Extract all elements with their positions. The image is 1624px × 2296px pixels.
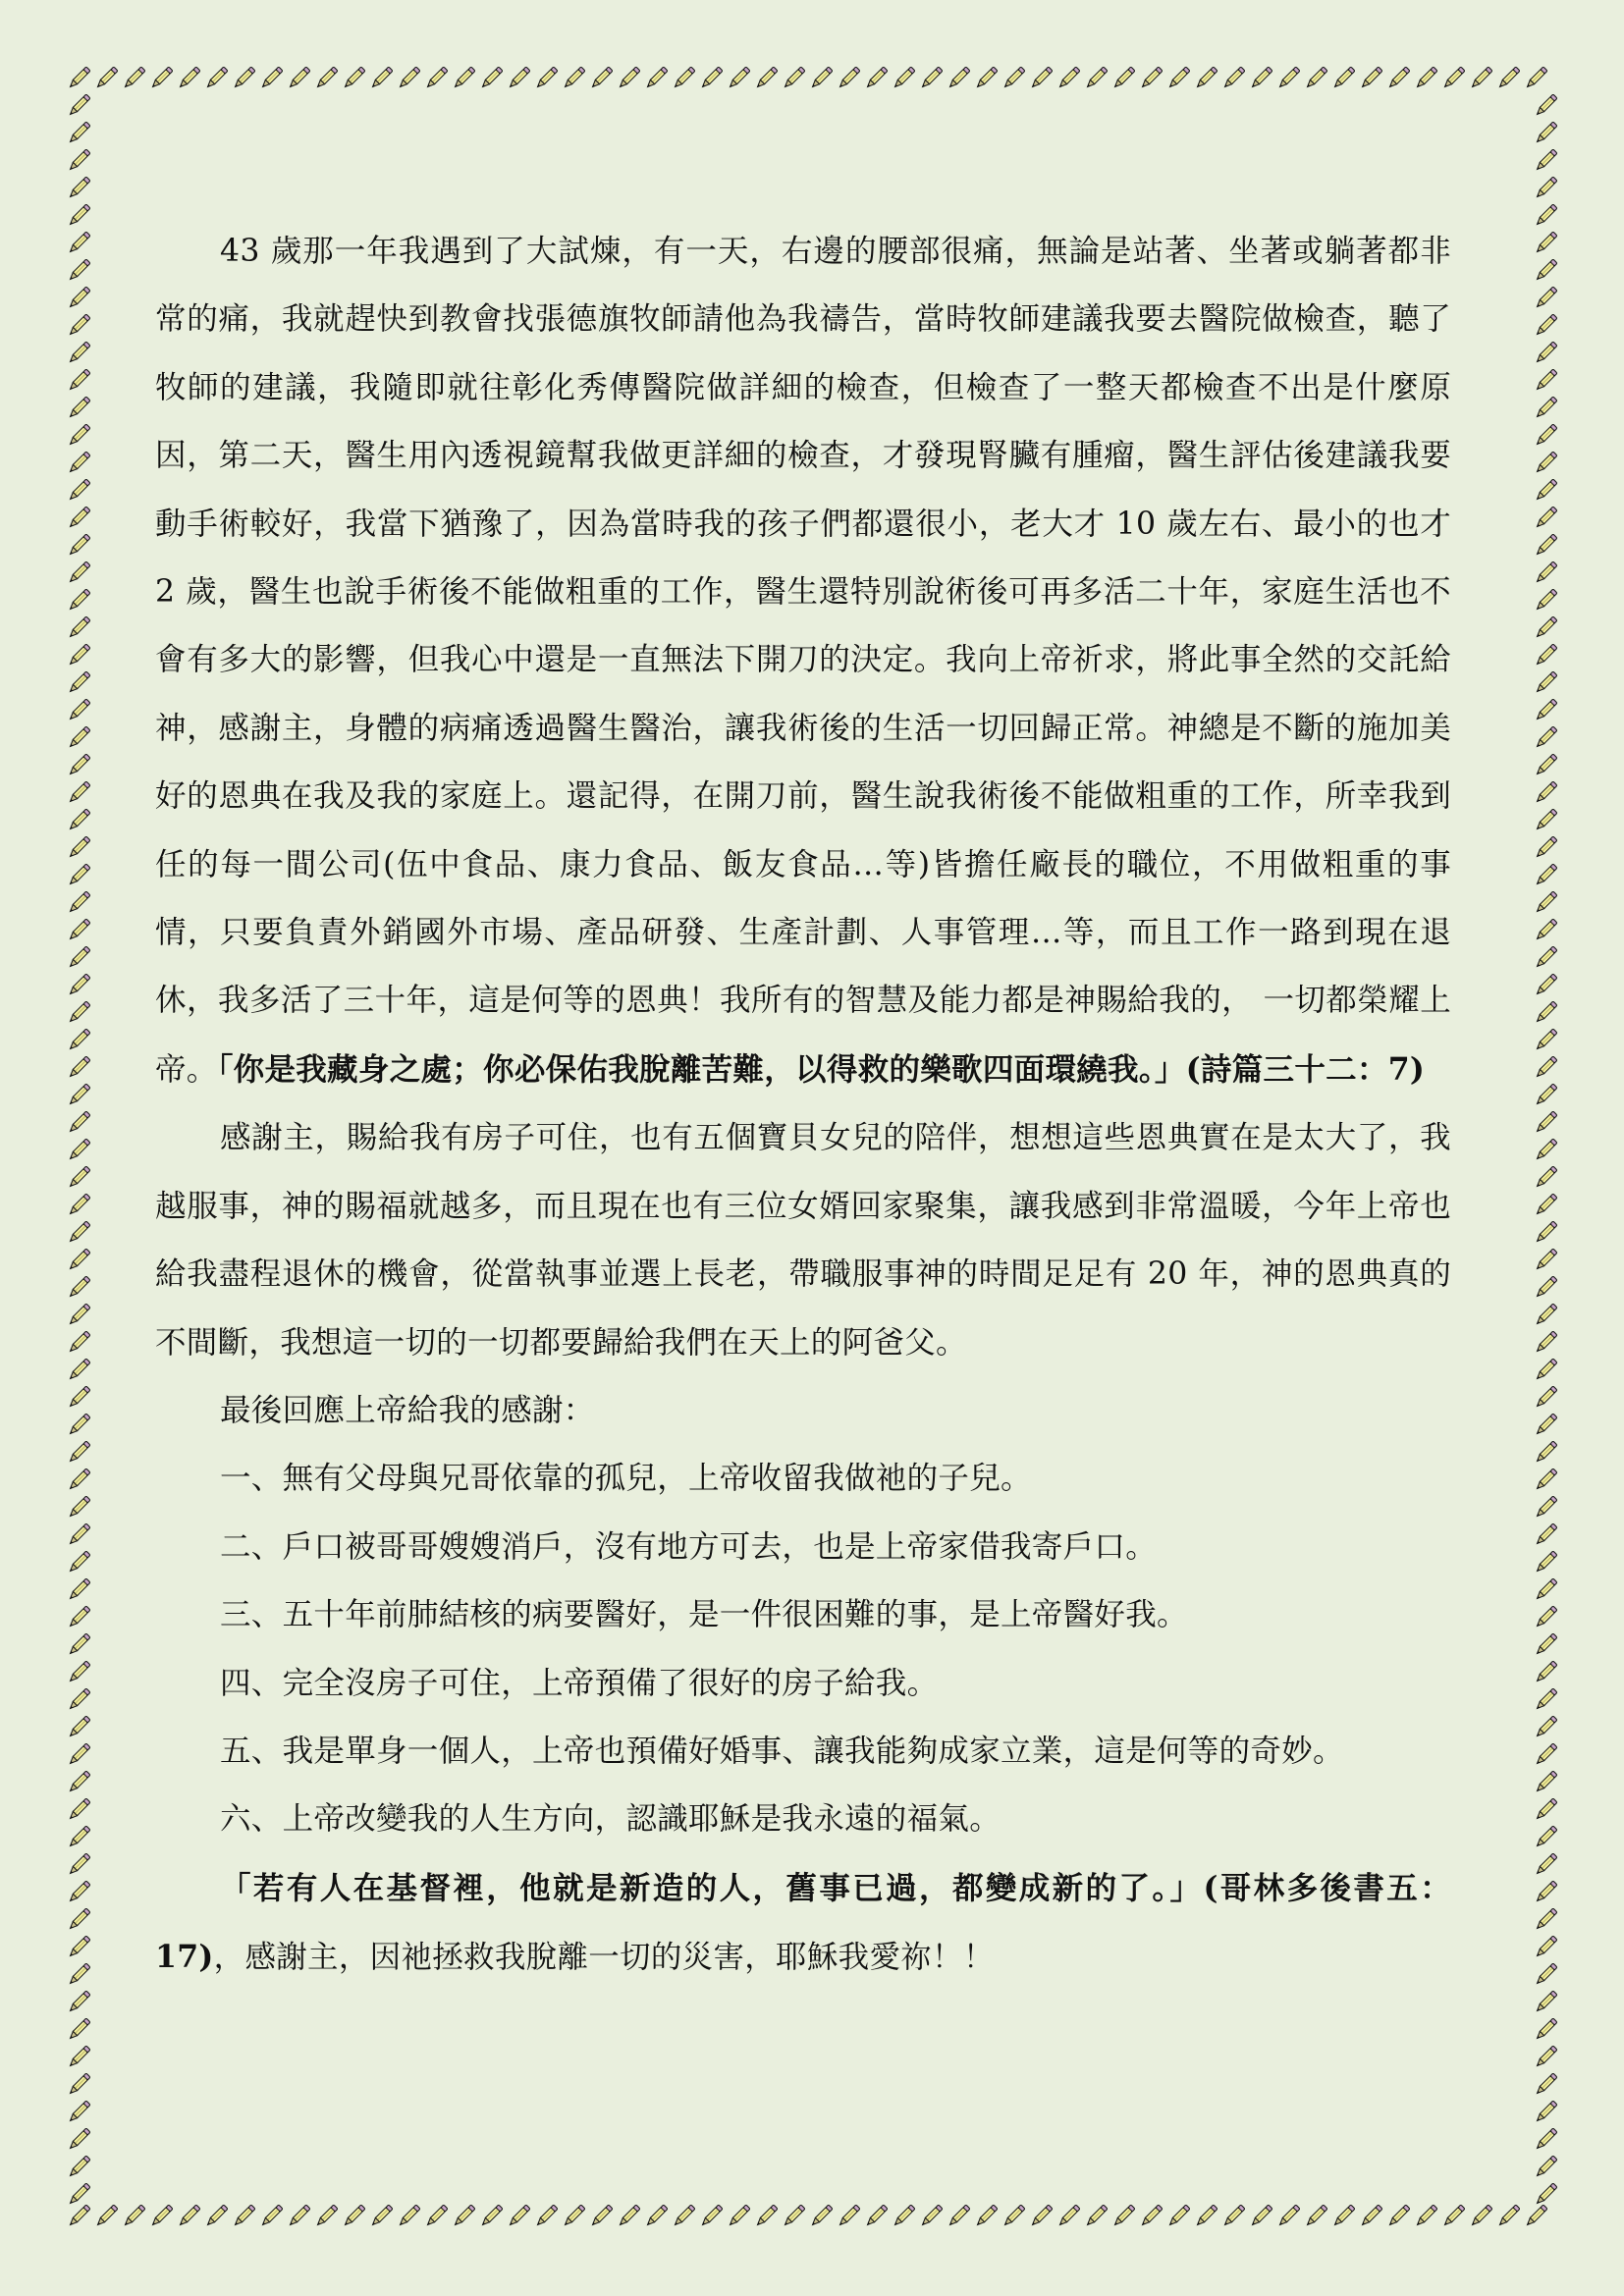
pencil-icon bbox=[422, 65, 450, 92]
pencil-icon bbox=[1532, 1357, 1559, 1384]
pencil-icon bbox=[1532, 505, 1559, 532]
pencil-icon bbox=[1532, 1631, 1559, 1659]
pencil-icon bbox=[1532, 1604, 1559, 1631]
pencil-icon bbox=[65, 1027, 92, 1054]
pencil-icon bbox=[65, 92, 92, 120]
pencil-icon bbox=[1532, 1082, 1559, 1109]
pencil-icon bbox=[120, 65, 147, 92]
pencil-icon bbox=[945, 2203, 972, 2230]
pencil-icon bbox=[890, 2203, 917, 2230]
paragraph-testimony: 43 歲那一年我遇到了大試煉，有一天，右邊的腰部很痛，無論是站著、坐著或躺著都非… bbox=[155, 218, 1451, 1104]
pencil-icon bbox=[65, 2181, 92, 2209]
pencil-icon bbox=[1000, 2203, 1027, 2230]
pencil-icon bbox=[1532, 1961, 1559, 1989]
pencil-icon bbox=[1494, 2203, 1522, 2230]
pencil-icon bbox=[65, 1549, 92, 1576]
pencil-icon bbox=[1329, 65, 1357, 92]
pencil-icon bbox=[65, 2154, 92, 2181]
thanks-item-3: 三、五十年前肺結核的病要醫好，是一件很困難的事，是上帝醫好我。 bbox=[155, 1581, 1451, 1649]
pencil-icon bbox=[1532, 1302, 1559, 1329]
pencil-icon bbox=[1439, 65, 1467, 92]
pencil-icon bbox=[1532, 395, 1559, 422]
pencil-icon bbox=[65, 889, 92, 917]
pencil-icon bbox=[422, 2203, 450, 2230]
pencil-icon bbox=[697, 65, 725, 92]
pencil-icon bbox=[1532, 834, 1559, 862]
pencil-icon bbox=[65, 1164, 92, 1192]
pencil-icon bbox=[1532, 2099, 1559, 2126]
pencil-icon bbox=[1532, 285, 1559, 312]
pencil-icon bbox=[1532, 1467, 1559, 1494]
pencil-icon bbox=[65, 1274, 92, 1302]
pencil-icon bbox=[1522, 65, 1549, 92]
pencil-icon bbox=[65, 807, 92, 834]
pencil-icon bbox=[1532, 889, 1559, 917]
pencil-icon bbox=[1532, 532, 1559, 560]
pencil-icon bbox=[65, 2126, 92, 2154]
pencil-icon bbox=[65, 1109, 92, 1137]
pencil-icon bbox=[1384, 2203, 1412, 2230]
pencil-icon bbox=[1532, 450, 1559, 477]
pencil-icon bbox=[65, 779, 92, 807]
pencil-icon bbox=[807, 65, 835, 92]
pencil-icon bbox=[147, 2203, 175, 2230]
pencil-icon bbox=[642, 2203, 670, 2230]
pencil-icon bbox=[1532, 560, 1559, 587]
pencil-icon bbox=[1082, 65, 1110, 92]
pencil-icon bbox=[725, 65, 752, 92]
pencil-icon bbox=[780, 65, 807, 92]
pencil-icon bbox=[65, 395, 92, 422]
pencil-icon bbox=[65, 257, 92, 285]
pencil-icon bbox=[1000, 65, 1027, 92]
pencil-icon bbox=[257, 2203, 285, 2230]
pencil-icon bbox=[65, 120, 92, 147]
pencil-icon bbox=[65, 587, 92, 614]
pencil-icon bbox=[65, 147, 92, 175]
pencil-icon bbox=[395, 65, 422, 92]
pencil-icon bbox=[65, 367, 92, 395]
pencil-icon bbox=[65, 1824, 92, 1851]
pencil-icon bbox=[65, 1796, 92, 1824]
pencil-icon bbox=[65, 1961, 92, 1989]
pencil-icon bbox=[532, 2203, 560, 2230]
pencil-icon bbox=[1532, 1219, 1559, 1247]
pencil-icon bbox=[1467, 65, 1494, 92]
pencil-icon bbox=[202, 65, 230, 92]
pencil-icon bbox=[65, 1522, 92, 1549]
pencil-icon bbox=[1532, 862, 1559, 889]
pencil-icon bbox=[65, 477, 92, 505]
pencil-icon bbox=[257, 65, 285, 92]
border-right bbox=[1532, 92, 1559, 2209]
closing-text: ，感謝主，因祂拯救我脫離一切的災害，耶穌我愛祢！！ bbox=[214, 1940, 995, 1975]
pencil-icon bbox=[65, 1219, 92, 1247]
pencil-icon bbox=[1532, 807, 1559, 834]
pencil-icon bbox=[1532, 1686, 1559, 1714]
pencil-icon bbox=[65, 1851, 92, 1879]
pencil-icon bbox=[1532, 1906, 1559, 1934]
pencil-icon bbox=[1532, 1109, 1559, 1137]
document-body: 43 歲那一年我遇到了大試煉，有一天，右邊的腰部很痛，無論是站著、坐著或躺著都非… bbox=[155, 218, 1451, 1993]
thanks-heading: 最後回應上帝給我的感謝： bbox=[155, 1377, 1451, 1445]
pencil-icon bbox=[1137, 2203, 1164, 2230]
pencil-icon bbox=[65, 1769, 92, 1796]
pencil-icon bbox=[587, 65, 615, 92]
pencil-icon bbox=[560, 65, 587, 92]
pencil-icon bbox=[1329, 2203, 1357, 2230]
pencil-icon bbox=[1532, 312, 1559, 340]
pencil-icon bbox=[670, 65, 697, 92]
pencil-icon bbox=[1532, 1192, 1559, 1219]
pencil-icon bbox=[725, 2203, 752, 2230]
pencil-icon bbox=[65, 1576, 92, 1604]
pencil-icon bbox=[65, 312, 92, 340]
pencil-icon bbox=[147, 65, 175, 92]
pencil-icon bbox=[1532, 1439, 1559, 1467]
pencil-icon bbox=[1532, 1137, 1559, 1164]
pencil-icon bbox=[1082, 2203, 1110, 2230]
border-top bbox=[65, 65, 1549, 92]
pencil-icon bbox=[1532, 92, 1559, 120]
pencil-icon bbox=[1532, 340, 1559, 367]
pencil-icon bbox=[752, 65, 780, 92]
paragraph-closing: 「若有人在基督裡，他就是新造的人，舊事已過，都變成新的了。」(哥林多後書五：17… bbox=[155, 1854, 1451, 1993]
pencil-icon bbox=[1532, 917, 1559, 944]
pencil-icon bbox=[780, 2203, 807, 2230]
pencil-icon bbox=[1532, 230, 1559, 257]
pencil-icon bbox=[945, 65, 972, 92]
pencil-icon bbox=[1192, 2203, 1219, 2230]
pencil-icon bbox=[1532, 1027, 1559, 1054]
pencil-icon bbox=[1532, 1522, 1559, 1549]
pencil-icon bbox=[477, 2203, 505, 2230]
pencil-icon bbox=[917, 2203, 945, 2230]
pencil-icon bbox=[65, 1934, 92, 1961]
pencil-icon bbox=[65, 1741, 92, 1769]
pencil-icon bbox=[477, 65, 505, 92]
pencil-icon bbox=[65, 505, 92, 532]
pencil-icon bbox=[1532, 1851, 1559, 1879]
pencil-icon bbox=[1532, 1714, 1559, 1741]
pencil-icon bbox=[1247, 2203, 1274, 2230]
pencil-icon bbox=[65, 1439, 92, 1467]
pencil-icon bbox=[1532, 1384, 1559, 1412]
border-bottom bbox=[65, 2203, 1549, 2230]
pencil-icon bbox=[890, 65, 917, 92]
pencil-icon bbox=[1532, 2016, 1559, 2044]
pencil-icon bbox=[1027, 2203, 1055, 2230]
pencil-icon bbox=[1532, 1412, 1559, 1439]
pencil-icon bbox=[1532, 972, 1559, 999]
pencil-icon bbox=[312, 65, 340, 92]
pencil-icon bbox=[65, 1137, 92, 1164]
paragraph-text: 43 歲那一年我遇到了大試煉，有一天，右邊的腰部很痛，無論是站著、坐著或躺著都非… bbox=[155, 234, 1451, 1088]
pencil-icon bbox=[1532, 944, 1559, 972]
pencil-icon bbox=[65, 1659, 92, 1686]
pencil-icon bbox=[1412, 2203, 1439, 2230]
pencil-icon bbox=[450, 65, 477, 92]
pencil-icon bbox=[1439, 2203, 1467, 2230]
pencil-icon bbox=[65, 1686, 92, 1714]
pencil-icon bbox=[1532, 120, 1559, 147]
pencil-icon bbox=[65, 1302, 92, 1329]
pencil-icon bbox=[1532, 477, 1559, 505]
pencil-icon bbox=[1532, 1989, 1559, 2016]
pencil-icon bbox=[697, 2203, 725, 2230]
pencil-icon bbox=[65, 697, 92, 724]
pencil-icon bbox=[1532, 779, 1559, 807]
pencil-icon bbox=[972, 2203, 1000, 2230]
pencil-icon bbox=[1532, 1769, 1559, 1796]
pencil-icon bbox=[65, 944, 92, 972]
pencil-icon bbox=[1357, 65, 1384, 92]
paragraph-gratitude: 感謝主，賜給我有房子可住，也有五個寶貝女兒的陪伴，想想這些恩典實在是太大了，我越… bbox=[155, 1104, 1451, 1377]
pencil-icon bbox=[1532, 1274, 1559, 1302]
pencil-icon bbox=[1027, 65, 1055, 92]
pencil-icon bbox=[65, 1879, 92, 1906]
thanks-item-4: 四、完全沒房子可住，上帝預備了很好的房子給我。 bbox=[155, 1650, 1451, 1718]
pencil-icon bbox=[1164, 65, 1192, 92]
pencil-icon bbox=[1164, 2203, 1192, 2230]
pencil-icon bbox=[65, 972, 92, 999]
pencil-icon bbox=[92, 2203, 120, 2230]
pencil-icon bbox=[65, 285, 92, 312]
pencil-icon bbox=[1532, 147, 1559, 175]
pencil-icon bbox=[1532, 175, 1559, 202]
pencil-icon bbox=[395, 2203, 422, 2230]
pencil-icon bbox=[65, 175, 92, 202]
pencil-icon bbox=[615, 2203, 642, 2230]
pencil-icon bbox=[1532, 1741, 1559, 1769]
pencil-icon bbox=[65, 450, 92, 477]
pencil-icon bbox=[1532, 1247, 1559, 1274]
pencil-icon bbox=[642, 65, 670, 92]
pencil-icon bbox=[65, 1054, 92, 1082]
pencil-icon bbox=[1302, 2203, 1329, 2230]
scripture-quote-psalm: 「你是我藏身之處；你必保佑我脫離苦難，以得救的樂歌四面環繞我。」(詩篇三十二：7… bbox=[218, 1051, 1426, 1088]
pencil-icon bbox=[1532, 1796, 1559, 1824]
pencil-icon bbox=[532, 65, 560, 92]
pencil-icon bbox=[312, 2203, 340, 2230]
pencil-icon bbox=[65, 724, 92, 752]
pencil-icon bbox=[285, 2203, 312, 2230]
pencil-icon bbox=[1532, 1879, 1559, 1906]
pencil-icon bbox=[65, 2044, 92, 2071]
pencil-icon bbox=[65, 1989, 92, 2016]
pencil-icon bbox=[450, 2203, 477, 2230]
pencil-icon bbox=[1532, 367, 1559, 395]
pencil-icon bbox=[1532, 999, 1559, 1027]
pencil-icon bbox=[65, 1494, 92, 1522]
pencil-icon bbox=[65, 999, 92, 1027]
pencil-icon bbox=[65, 1247, 92, 1274]
pencil-icon bbox=[230, 65, 257, 92]
pencil-icon bbox=[1192, 65, 1219, 92]
pencil-icon bbox=[1055, 2203, 1082, 2230]
pencil-icon bbox=[1384, 65, 1412, 92]
pencil-icon bbox=[505, 2203, 532, 2230]
pencil-icon bbox=[1532, 2044, 1559, 2071]
pencil-icon bbox=[65, 1631, 92, 1659]
pencil-icon bbox=[1532, 422, 1559, 450]
thanks-item-5: 五、我是單身一個人，上帝也預備好婚事、讓我能夠成家立業，這是何等的奇妙。 bbox=[155, 1718, 1451, 1786]
pencil-icon bbox=[340, 2203, 367, 2230]
pencil-icon bbox=[1532, 697, 1559, 724]
pencil-icon bbox=[1532, 1824, 1559, 1851]
pencil-icon bbox=[65, 1329, 92, 1357]
pencil-icon bbox=[65, 2016, 92, 2044]
pencil-icon bbox=[175, 2203, 202, 2230]
pencil-icon bbox=[1532, 1164, 1559, 1192]
pencil-icon bbox=[367, 65, 395, 92]
pencil-icon bbox=[972, 65, 1000, 92]
pencil-icon bbox=[670, 2203, 697, 2230]
pencil-icon bbox=[65, 1714, 92, 1741]
pencil-icon bbox=[230, 2203, 257, 2230]
pencil-icon bbox=[65, 202, 92, 230]
pencil-icon bbox=[1532, 2154, 1559, 2181]
pencil-icon bbox=[1302, 65, 1329, 92]
pencil-icon bbox=[65, 752, 92, 779]
pencil-icon bbox=[1219, 65, 1247, 92]
pencil-icon bbox=[1357, 2203, 1384, 2230]
pencil-icon bbox=[65, 1082, 92, 1109]
pencil-icon bbox=[65, 834, 92, 862]
pencil-icon bbox=[120, 2203, 147, 2230]
pencil-icon bbox=[65, 1467, 92, 1494]
pencil-icon bbox=[1532, 614, 1559, 642]
pencil-icon bbox=[65, 2099, 92, 2126]
pencil-icon bbox=[560, 2203, 587, 2230]
pencil-icon bbox=[65, 65, 92, 92]
pencil-icon bbox=[202, 2203, 230, 2230]
pencil-icon bbox=[65, 862, 92, 889]
pencil-icon bbox=[65, 669, 92, 697]
pencil-icon bbox=[175, 65, 202, 92]
pencil-icon bbox=[65, 532, 92, 560]
pencil-icon bbox=[1467, 2203, 1494, 2230]
pencil-icon bbox=[1532, 1549, 1559, 1576]
pencil-icon bbox=[65, 340, 92, 367]
pencil-icon bbox=[1532, 1934, 1559, 1961]
pencil-icon bbox=[862, 2203, 890, 2230]
pencil-icon bbox=[505, 65, 532, 92]
pencil-icon bbox=[835, 2203, 862, 2230]
pencil-icon bbox=[1110, 2203, 1137, 2230]
pencil-icon bbox=[65, 230, 92, 257]
pencil-icon bbox=[1532, 587, 1559, 614]
pencil-icon bbox=[65, 917, 92, 944]
pencil-icon bbox=[807, 2203, 835, 2230]
thanks-item-2: 二、戶口被哥哥嫂嫂消戶，沒有地方可去，也是上帝家借我寄戶口。 bbox=[155, 1514, 1451, 1581]
pencil-icon bbox=[752, 2203, 780, 2230]
pencil-icon bbox=[835, 65, 862, 92]
pencil-icon bbox=[65, 560, 92, 587]
pencil-icon bbox=[1412, 65, 1439, 92]
pencil-icon bbox=[1532, 1329, 1559, 1357]
pencil-icon bbox=[65, 1357, 92, 1384]
pencil-icon bbox=[65, 2071, 92, 2099]
pencil-icon bbox=[1532, 202, 1559, 230]
pencil-icon bbox=[1532, 257, 1559, 285]
pencil-icon bbox=[587, 2203, 615, 2230]
pencil-icon bbox=[1110, 65, 1137, 92]
pencil-icon bbox=[285, 65, 312, 92]
pencil-icon bbox=[65, 422, 92, 450]
pencil-icon bbox=[1219, 2203, 1247, 2230]
pencil-icon bbox=[1532, 2071, 1559, 2099]
border-left bbox=[65, 92, 92, 2209]
pencil-icon bbox=[1247, 65, 1274, 92]
pencil-icon bbox=[615, 65, 642, 92]
pencil-icon bbox=[1532, 724, 1559, 752]
pencil-icon bbox=[65, 1604, 92, 1631]
thanks-item-6: 六、上帝改變我的人生方向，認識耶穌是我永遠的福氣。 bbox=[155, 1786, 1451, 1853]
pencil-icon bbox=[862, 65, 890, 92]
pencil-icon bbox=[1532, 1576, 1559, 1604]
pencil-icon bbox=[1055, 65, 1082, 92]
pencil-icon bbox=[1532, 2126, 1559, 2154]
pencil-icon bbox=[1532, 1054, 1559, 1082]
pencil-icon bbox=[1532, 2181, 1559, 2209]
pencil-icon bbox=[1274, 65, 1302, 92]
pencil-icon bbox=[65, 1906, 92, 1934]
pencil-icon bbox=[1532, 642, 1559, 669]
pencil-icon bbox=[65, 1412, 92, 1439]
pencil-icon bbox=[65, 642, 92, 669]
pencil-icon bbox=[92, 65, 120, 92]
pencil-icon bbox=[65, 1192, 92, 1219]
pencil-icon bbox=[1137, 65, 1164, 92]
pencil-icon bbox=[1532, 669, 1559, 697]
thanks-item-1: 一、無有父母與兄哥依靠的孤兒，上帝收留我做祂的子兒。 bbox=[155, 1445, 1451, 1513]
pencil-icon bbox=[1274, 2203, 1302, 2230]
pencil-icon bbox=[1532, 1494, 1559, 1522]
pencil-icon bbox=[1494, 65, 1522, 92]
pencil-icon bbox=[340, 65, 367, 92]
pencil-icon bbox=[65, 1384, 92, 1412]
pencil-icon bbox=[917, 65, 945, 92]
pencil-icon bbox=[367, 2203, 395, 2230]
pencil-icon bbox=[1532, 1659, 1559, 1686]
pencil-icon bbox=[1532, 752, 1559, 779]
pencil-icon bbox=[65, 614, 92, 642]
